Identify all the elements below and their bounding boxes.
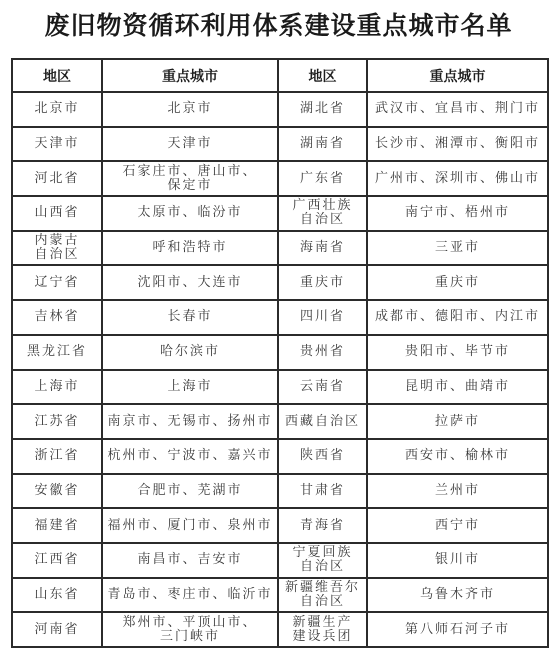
cities-cell: 北京市 [102, 92, 278, 127]
cities-cell: 武汉市、宜昌市、荆门市 [367, 92, 548, 127]
region-cell: 西藏自治区 [278, 404, 367, 439]
region-cell: 广西壮族自治区 [278, 196, 367, 231]
region-cell: 重庆市 [278, 265, 367, 300]
cities-cell-text: 西安市、榆林市 [370, 449, 545, 463]
cities-cell-text: 兰州市 [370, 484, 545, 498]
region-cell-text: 陕西省 [281, 449, 364, 463]
cities-cell: 重庆市 [367, 265, 548, 300]
region-cell: 上海市 [12, 370, 102, 405]
region-cell-text: 黑龙江省 [15, 345, 99, 359]
region-cell-text: 新疆生产 [281, 616, 364, 630]
region-cell-text: 新疆维吾尔 [281, 581, 364, 595]
header-cities-right: 重点城市 [367, 59, 548, 92]
region-cell: 四川省 [278, 300, 367, 335]
table-row: 福建省福州市、厦门市、泉州市青海省西宁市 [12, 508, 548, 543]
region-cell: 青海省 [278, 508, 367, 543]
region-cell: 内蒙古自治区 [12, 231, 102, 266]
region-cell-text: 西藏自治区 [281, 415, 364, 429]
table-row: 浙江省杭州市、宁波市、嘉兴市陕西省西安市、榆林市 [12, 439, 548, 474]
cities-cell: 哈尔滨市 [102, 335, 278, 370]
table-row: 河北省石家庄市、唐山市、保定市广东省广州市、深圳市、佛山市 [12, 161, 548, 196]
table-header-row: 地区 重点城市 地区 重点城市 [12, 59, 548, 92]
cities-cell-text: 三门峡市 [105, 630, 275, 644]
cities-cell: 沈阳市、大连市 [102, 265, 278, 300]
region-cell: 甘肃省 [278, 474, 367, 509]
table-row: 内蒙古自治区呼和浩特市海南省三亚市 [12, 231, 548, 266]
cities-cell: 乌鲁木齐市 [367, 578, 548, 613]
cities-cell: 南昌市、吉安市 [102, 543, 278, 578]
cities-cell: 长春市 [102, 300, 278, 335]
table-row: 安徽省合肥市、芜湖市甘肃省兰州市 [12, 474, 548, 509]
cities-cell-text: 昆明市、曲靖市 [370, 380, 545, 394]
cities-cell-text: 第八师石河子市 [370, 623, 545, 637]
region-cell-text: 上海市 [15, 380, 99, 394]
region-cell-text: 浙江省 [15, 449, 99, 463]
cities-cell-text: 南宁市、梧州市 [370, 206, 545, 220]
key-cities-table: 地区 重点城市 地区 重点城市 北京市北京市湖北省武汉市、宜昌市、荆门市天津市天… [11, 58, 549, 648]
region-cell: 陕西省 [278, 439, 367, 474]
region-cell-text: 青海省 [281, 519, 364, 533]
cities-cell-text: 石家庄市、唐山市、 [105, 165, 275, 179]
table-row: 山东省青岛市、枣庄市、临沂市新疆维吾尔自治区乌鲁木齐市 [12, 578, 548, 613]
region-cell: 辽宁省 [12, 265, 102, 300]
table-row: 山西省太原市、临汾市广西壮族自治区南宁市、梧州市 [12, 196, 548, 231]
table-body: 北京市北京市湖北省武汉市、宜昌市、荆门市天津市天津市湖南省长沙市、湘潭市、衡阳市… [12, 92, 548, 647]
cities-cell-text: 青岛市、枣庄市、临沂市 [105, 588, 275, 602]
table-row: 北京市北京市湖北省武汉市、宜昌市、荆门市 [12, 92, 548, 127]
cities-cell: 贵阳市、毕节市 [367, 335, 548, 370]
cities-cell-text: 北京市 [105, 102, 275, 116]
cities-cell: 银川市 [367, 543, 548, 578]
region-cell-text: 河南省 [15, 623, 99, 637]
cities-cell-text: 贵阳市、毕节市 [370, 345, 545, 359]
cities-cell-text: 西宁市 [370, 519, 545, 533]
cities-cell: 太原市、临汾市 [102, 196, 278, 231]
cities-cell: 昆明市、曲靖市 [367, 370, 548, 405]
cities-cell: 郑州市、平顶山市、三门峡市 [102, 612, 278, 647]
cities-cell-text: 杭州市、宁波市、嘉兴市 [105, 449, 275, 463]
region-cell-text: 湖南省 [281, 137, 364, 151]
cities-cell-text: 三亚市 [370, 241, 545, 255]
region-cell: 江西省 [12, 543, 102, 578]
header-cities-left: 重点城市 [102, 59, 278, 92]
region-cell-text: 河北省 [15, 172, 99, 186]
cities-cell-text: 沈阳市、大连市 [105, 276, 275, 290]
region-cell-text: 自治区 [281, 213, 364, 227]
region-cell-text: 甘肃省 [281, 484, 364, 498]
table-row: 上海市上海市云南省昆明市、曲靖市 [12, 370, 548, 405]
cities-cell: 长沙市、湘潭市、衡阳市 [367, 127, 548, 162]
table-row: 天津市天津市湖南省长沙市、湘潭市、衡阳市 [12, 127, 548, 162]
region-cell-text: 重庆市 [281, 276, 364, 290]
region-cell: 宁夏回族自治区 [278, 543, 367, 578]
cities-cell: 南京市、无锡市、扬州市 [102, 404, 278, 439]
cities-cell: 三亚市 [367, 231, 548, 266]
region-cell: 云南省 [278, 370, 367, 405]
region-cell-text: 自治区 [281, 560, 364, 574]
cities-cell-text: 呼和浩特市 [105, 241, 275, 255]
region-cell: 山东省 [12, 578, 102, 613]
cities-cell: 上海市 [102, 370, 278, 405]
cities-cell-text: 重庆市 [370, 276, 545, 290]
region-cell-text: 广东省 [281, 172, 364, 186]
region-cell-text: 江西省 [15, 553, 99, 567]
cities-cell: 呼和浩特市 [102, 231, 278, 266]
table-row: 江苏省南京市、无锡市、扬州市西藏自治区拉萨市 [12, 404, 548, 439]
table-row: 辽宁省沈阳市、大连市重庆市重庆市 [12, 265, 548, 300]
region-cell: 黑龙江省 [12, 335, 102, 370]
cities-cell-text: 南京市、无锡市、扬州市 [105, 415, 275, 429]
page-title: 废旧物资循环利用体系建设重点城市名单 [0, 6, 557, 42]
cities-cell: 拉萨市 [367, 404, 548, 439]
region-cell: 海南省 [278, 231, 367, 266]
region-cell-text: 自治区 [281, 595, 364, 609]
region-cell-text: 北京市 [15, 102, 99, 116]
region-cell-text: 内蒙古 [15, 234, 99, 248]
region-cell: 山西省 [12, 196, 102, 231]
cities-cell-text: 南昌市、吉安市 [105, 553, 275, 567]
region-cell-text: 广西壮族 [281, 199, 364, 213]
cities-cell-text: 乌鲁木齐市 [370, 588, 545, 602]
table-row: 河南省郑州市、平顶山市、三门峡市新疆生产建设兵团第八师石河子市 [12, 612, 548, 647]
region-cell-text: 四川省 [281, 310, 364, 324]
region-cell-text: 宁夏回族 [281, 546, 364, 560]
cities-cell-text: 太原市、临汾市 [105, 206, 275, 220]
cities-cell-text: 武汉市、宜昌市、荆门市 [370, 102, 545, 116]
region-cell: 浙江省 [12, 439, 102, 474]
region-cell-text: 海南省 [281, 241, 364, 255]
region-cell-text: 自治区 [15, 248, 99, 262]
region-cell: 北京市 [12, 92, 102, 127]
cities-cell-text: 哈尔滨市 [105, 345, 275, 359]
region-cell: 河南省 [12, 612, 102, 647]
cities-cell: 青岛市、枣庄市、临沂市 [102, 578, 278, 613]
cities-cell: 南宁市、梧州市 [367, 196, 548, 231]
region-cell: 广东省 [278, 161, 367, 196]
cities-cell-text: 郑州市、平顶山市、 [105, 616, 275, 630]
region-cell: 湖北省 [278, 92, 367, 127]
cities-cell: 成都市、德阳市、内江市 [367, 300, 548, 335]
cities-cell-text: 拉萨市 [370, 415, 545, 429]
table-row: 黑龙江省哈尔滨市贵州省贵阳市、毕节市 [12, 335, 548, 370]
header-region-right: 地区 [278, 59, 367, 92]
cities-cell-text: 成都市、德阳市、内江市 [370, 310, 545, 324]
region-cell-text: 云南省 [281, 380, 364, 394]
cities-cell: 合肥市、芜湖市 [102, 474, 278, 509]
cities-cell-text: 福州市、厦门市、泉州市 [105, 519, 275, 533]
cities-cell: 广州市、深圳市、佛山市 [367, 161, 548, 196]
region-cell: 江苏省 [12, 404, 102, 439]
region-cell-text: 辽宁省 [15, 276, 99, 290]
cities-cell-text: 长春市 [105, 310, 275, 324]
region-cell: 河北省 [12, 161, 102, 196]
region-cell: 福建省 [12, 508, 102, 543]
cities-cell: 西安市、榆林市 [367, 439, 548, 474]
cities-cell: 兰州市 [367, 474, 548, 509]
region-cell-text: 江苏省 [15, 415, 99, 429]
cities-cell: 石家庄市、唐山市、保定市 [102, 161, 278, 196]
table-row: 吉林省长春市四川省成都市、德阳市、内江市 [12, 300, 548, 335]
region-cell-text: 吉林省 [15, 310, 99, 324]
region-cell: 湖南省 [278, 127, 367, 162]
region-cell-text: 天津市 [15, 137, 99, 151]
cities-cell-text: 银川市 [370, 553, 545, 567]
region-cell: 吉林省 [12, 300, 102, 335]
region-cell-text: 湖北省 [281, 102, 364, 116]
cities-cell: 第八师石河子市 [367, 612, 548, 647]
cities-cell: 西宁市 [367, 508, 548, 543]
region-cell-text: 山东省 [15, 588, 99, 602]
header-region-left: 地区 [12, 59, 102, 92]
region-cell: 天津市 [12, 127, 102, 162]
region-cell: 新疆维吾尔自治区 [278, 578, 367, 613]
cities-cell-text: 保定市 [105, 179, 275, 193]
region-cell-text: 安徽省 [15, 484, 99, 498]
cities-cell-text: 合肥市、芜湖市 [105, 484, 275, 498]
region-cell: 安徽省 [12, 474, 102, 509]
region-cell-text: 福建省 [15, 519, 99, 533]
cities-cell: 福州市、厦门市、泉州市 [102, 508, 278, 543]
table-row: 江西省南昌市、吉安市宁夏回族自治区银川市 [12, 543, 548, 578]
cities-cell-text: 广州市、深圳市、佛山市 [370, 172, 545, 186]
region-cell: 贵州省 [278, 335, 367, 370]
cities-cell-text: 长沙市、湘潭市、衡阳市 [370, 137, 545, 151]
region-cell-text: 建设兵团 [281, 630, 364, 644]
region-cell-text: 山西省 [15, 206, 99, 220]
cities-cell: 杭州市、宁波市、嘉兴市 [102, 439, 278, 474]
cities-cell-text: 天津市 [105, 137, 275, 151]
region-cell-text: 贵州省 [281, 345, 364, 359]
cities-cell-text: 上海市 [105, 380, 275, 394]
cities-cell: 天津市 [102, 127, 278, 162]
region-cell: 新疆生产建设兵团 [278, 612, 367, 647]
